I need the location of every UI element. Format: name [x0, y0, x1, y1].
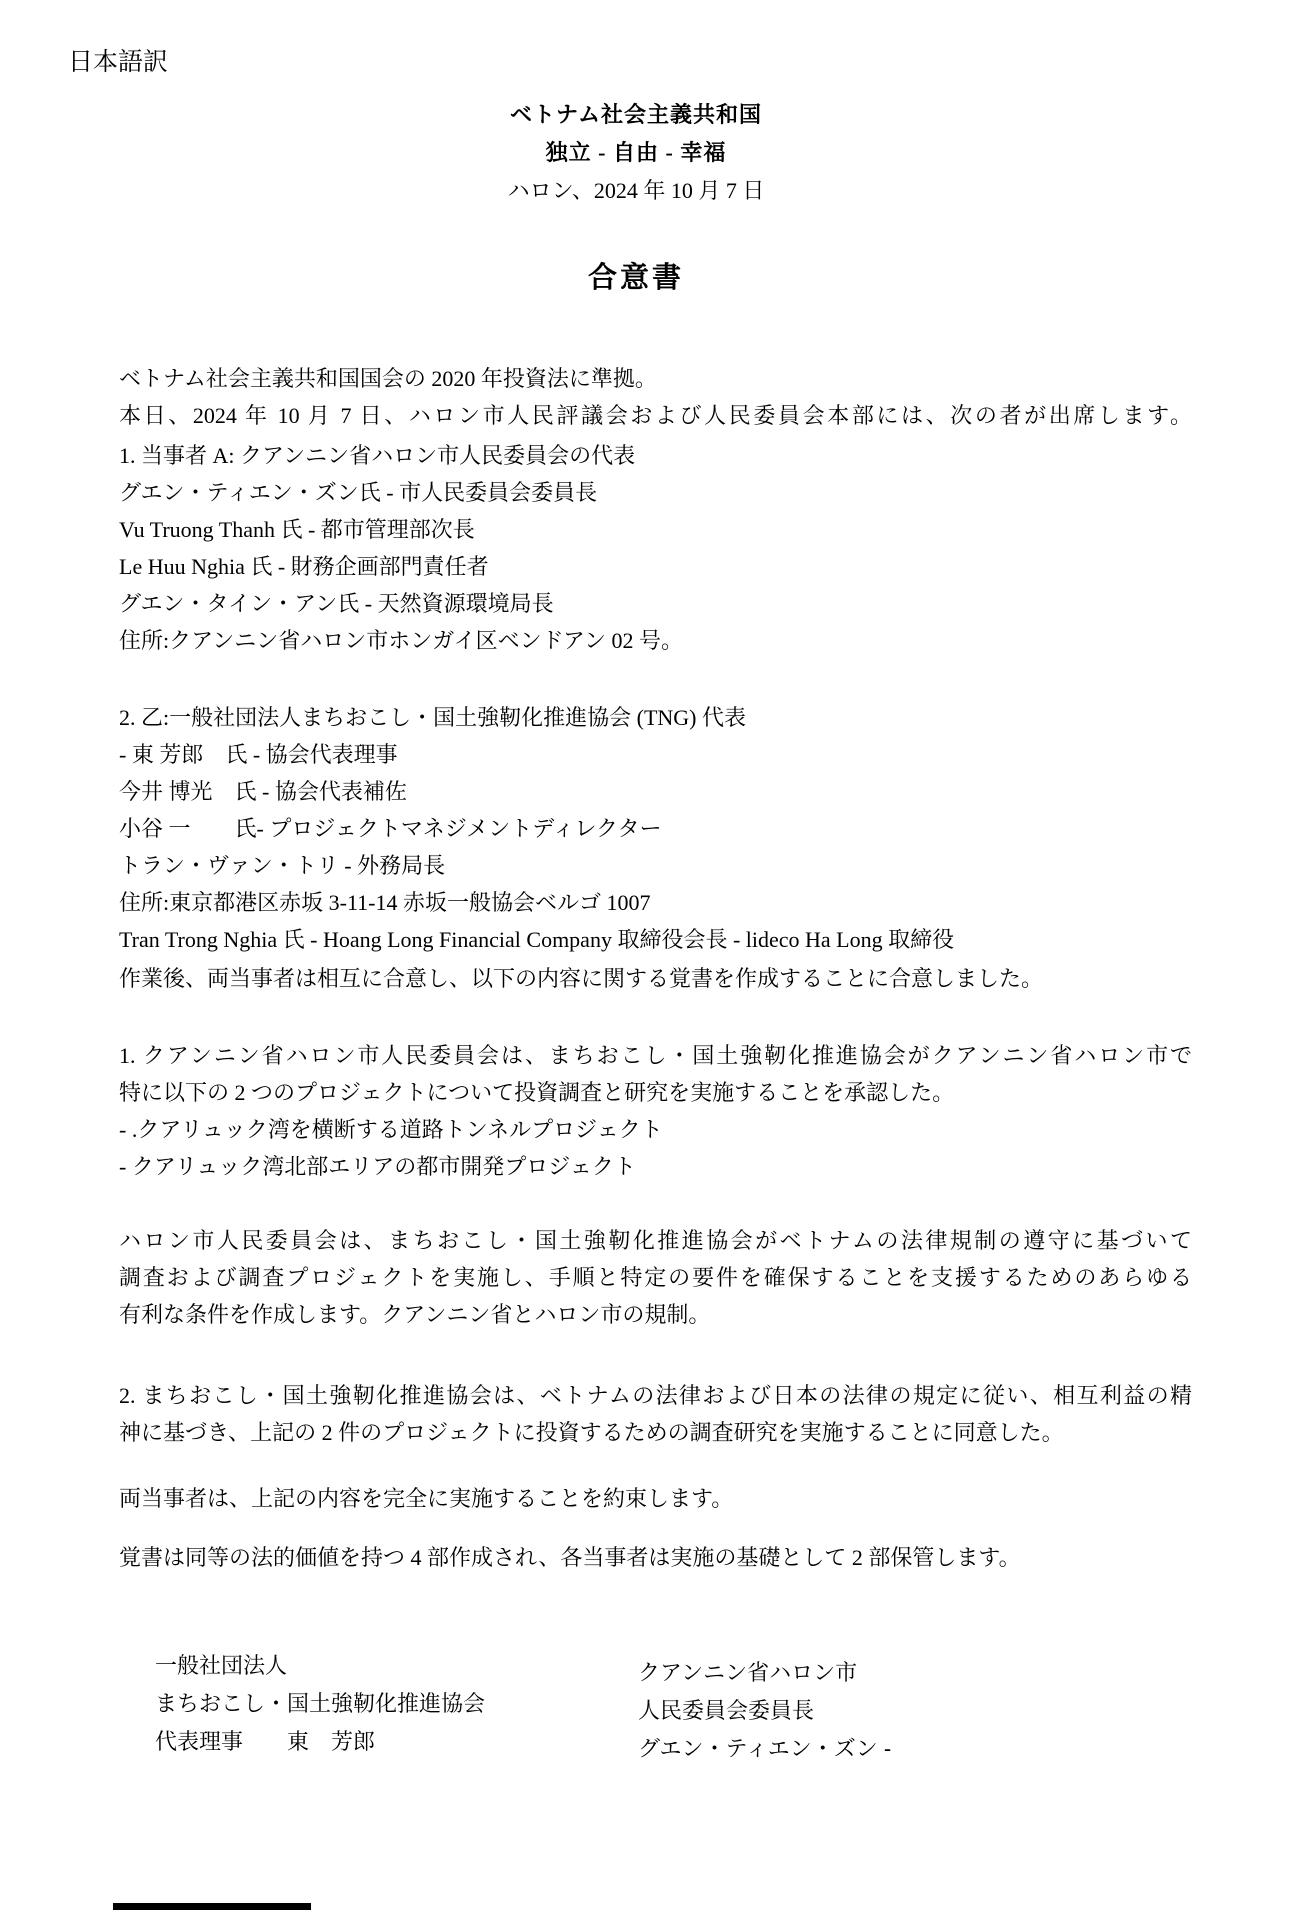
commitment-paragraph: 両当事者は、上記の内容を完全に実施することを約束します。 [119, 1480, 1192, 1517]
party-a-heading: 1. 当事者 A: クアンニン省ハロン市人民委員会の代表 [119, 437, 1192, 474]
translation-label: 日本語訳 [68, 48, 168, 76]
signature-left-line-2: まちおこし・国土強靭化推進協会 [155, 1685, 485, 1723]
party-b-section: 2. 乙:一般社団法人まちおこし・国土強靭化推進協会 (TNG) 代表 - 東 … [119, 699, 1192, 958]
signature-block-party-b: 一般社団法人 まちおこし・国土強靭化推進協会 代表理事 東 芳郎 [155, 1647, 485, 1761]
header-country: ベトナム社会主義共和国 [0, 96, 1272, 134]
page-bottom-edge-artifact [113, 1903, 311, 1910]
clause-2-line-1: 2. まちおこし・国土強靭化推進協会は、ベトナムの法律および日本の法律の規定に従… [119, 1377, 1192, 1414]
party-a-member-2: Vu Truong Thanh 氏 - 都市管理部次長 [119, 511, 1192, 548]
document-page: 日本語訳 ベトナム社会主義共和国 独立 - 自由 - 幸福 ハロン、2024 年… [0, 0, 1308, 1912]
party-b-member-2: 今井 博光 氏 - 協会代表補佐 [119, 773, 1192, 810]
document-title: 合意書 [0, 258, 1272, 298]
commitment-line: 両当事者は、上記の内容を完全に実施することを約束します。 [119, 1480, 1192, 1517]
preamble: ベトナム社会主義共和国国会の 2020 年投資法に準拠。 本日、2024 年 1… [119, 360, 1192, 434]
party-a-section: 1. 当事者 A: クアンニン省ハロン市人民委員会の代表 グエン・ティエン・ズン… [119, 437, 1192, 659]
copies-line: 覚書は同等の法的価値を持つ 4 部作成され、各当事者は実施の基礎として 2 部保… [119, 1539, 1192, 1576]
header-motto: 独立 - 自由 - 幸福 [0, 134, 1272, 172]
preamble-line-1: ベトナム社会主義共和国国会の 2020 年投資法に準拠。 [119, 360, 1192, 397]
signature-right-line-2: 人民委員会委員長 [638, 1692, 891, 1730]
copies-paragraph: 覚書は同等の法的価値を持つ 4 部作成され、各当事者は実施の基礎として 2 部保… [119, 1539, 1192, 1576]
party-b-heading: 2. 乙:一般社団法人まちおこし・国土強靭化推進協会 (TNG) 代表 [119, 699, 1192, 736]
support-line-3: 有利な条件を作成します。クアンニン省とハロン市の規制。 [119, 1296, 1192, 1333]
clause-1-line-1: 1. クアンニン省ハロン市人民委員会は、まちおこし・国土強靭化推進協会がクアンニ… [119, 1037, 1192, 1074]
support-line-2: 調査および調査プロジェクトを実施し、手順と特定の要件を確保することを支援するため… [119, 1259, 1192, 1296]
party-b-member-4: トラン・ヴァン・トリ - 外務局長 [119, 847, 1192, 884]
party-a-member-1: グエン・ティエン・ズン氏 - 市人民委員会委員長 [119, 474, 1192, 511]
agreement-intro-line: 作業後、両当事者は相互に合意し、以下の内容に関する覚書を作成することに合意しまし… [119, 960, 1192, 997]
signature-left-line-3: 代表理事 東 芳郎 [155, 1723, 485, 1761]
support-line-1: ハロン市人民委員会は、まちおこし・国土強靭化推進協会がベトナムの法律規制の遵守に… [119, 1222, 1192, 1259]
header-dateline: ハロン、2024 年 10 月 7 日 [0, 172, 1272, 210]
preamble-line-2: 本日、2024 年 10 月 7 日、ハロン市人民評議会および人民委員会本部には… [119, 397, 1192, 434]
signature-block-party-a: クアンニン省ハロン市 人民委員会委員長 グエン・ティエン・ズン - [638, 1654, 891, 1768]
signature-right-line-1: クアンニン省ハロン市 [638, 1654, 891, 1692]
support-paragraph: ハロン市人民委員会は、まちおこし・国土強靭化推進協会がベトナムの法律規制の遵守に… [119, 1222, 1192, 1333]
party-b-address: 住所:東京都港区赤坂 3-11-14 赤坂一般協会ベルゴ 1007 [119, 884, 1192, 921]
signature-left-line-1: 一般社団法人 [155, 1647, 485, 1685]
party-a-member-3: Le Huu Nghia 氏 - 財務企画部門責任者 [119, 548, 1192, 585]
document-header: ベトナム社会主義共和国 独立 - 自由 - 幸福 ハロン、2024 年 10 月… [0, 96, 1272, 210]
party-a-address: 住所:クアンニン省ハロン市ホンガイ区ベンドアン 02 号。 [119, 622, 1192, 659]
clause-1-line-2: 特に以下の 2 つのプロジェクトについて投資調査と研究を実施することを承認した。 [119, 1074, 1192, 1111]
party-b-note: Tran Trong Nghia 氏 - Hoang Long Financia… [119, 921, 1192, 958]
party-a-member-4: グエン・タイン・アン氏 - 天然資源環境局長 [119, 585, 1192, 622]
party-b-member-1: - 東 芳郎 氏 - 協会代表理事 [119, 736, 1192, 773]
party-b-member-3: 小谷 一 氏- プロジェクトマネジメントディレクター [119, 810, 1192, 847]
clause-1-bullet-2: - クアリュック湾北部エリアの都市開発プロジェクト [119, 1148, 1192, 1185]
clause-1-bullet-1: - .クアリュック湾を横断する道路トンネルプロジェクト [119, 1111, 1192, 1148]
clause-1: 1. クアンニン省ハロン市人民委員会は、まちおこし・国土強靭化推進協会がクアンニ… [119, 1037, 1192, 1185]
signature-right-line-3: グエン・ティエン・ズン - [638, 1730, 891, 1768]
clause-2-line-2: 神に基づき、上記の 2 件のプロジェクトに投資するための調査研究を実施することに… [119, 1414, 1192, 1451]
clause-2: 2. まちおこし・国土強靭化推進協会は、ベトナムの法律および日本の法律の規定に従… [119, 1377, 1192, 1451]
agreement-intro: 作業後、両当事者は相互に合意し、以下の内容に関する覚書を作成することに合意しまし… [119, 960, 1192, 997]
